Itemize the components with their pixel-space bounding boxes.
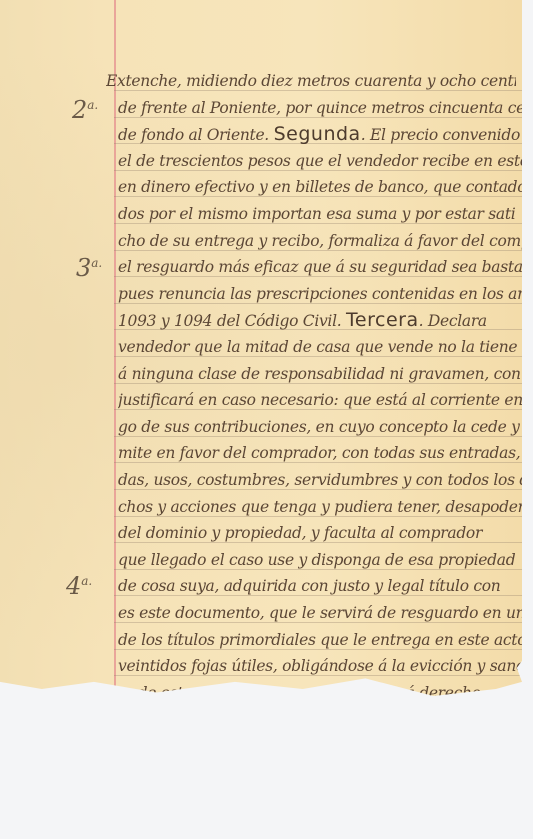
clause-number-label: 3 (76, 254, 91, 282)
text-line: veintidos fojas útiles, obligándose á la… (118, 653, 528, 679)
line-text: que llegado el caso use y disponga de es… (118, 551, 515, 569)
line-text: das, usos, costumbres, servidumbres y co… (118, 471, 528, 489)
line-text: es este documento, que le servirá de res… (118, 604, 525, 622)
text-line: es este documento, que le servirá de res… (118, 600, 528, 626)
text-line: el de trescientos pesos que el vendedor … (118, 148, 528, 174)
text-line: en dinero efectivo y en billetes de banc… (118, 174, 528, 200)
line-text: vendedor que la mitad de casa que vende … (118, 338, 528, 356)
line-text: cho de su entrega y recibo, formaliza á … (118, 232, 528, 250)
line-text: de fondo al Oriente. (118, 126, 269, 144)
text-line: de los títulos primordiales que le entre… (118, 627, 528, 653)
line-text: de cosa suya, adquirida con justo y lega… (118, 577, 500, 595)
clause-heading: Segunda (274, 123, 361, 145)
text-line: dos por el mismo importan esa suma y por… (118, 201, 528, 227)
line-text: pues renuncia las prescripciones conteni… (118, 285, 528, 303)
text-line: chos y acciones que tenga y pudiera tene… (118, 494, 528, 520)
text-line: mite en favor del comprador, con todas s… (118, 440, 528, 466)
margin-rule (114, 0, 116, 703)
text-line: go de sus contribuciones, en cuyo concep… (118, 414, 528, 440)
line-text: mite en favor del comprador, con todas s… (118, 444, 520, 462)
text-line: Extenche, midiendo diez metros cuarenta … (106, 68, 516, 94)
text-line: de fondo al Oriente. Segunda. El precio … (118, 121, 528, 147)
line-text: del dominio y propiedad, y faculta al co… (118, 524, 482, 542)
clause-number-suffix: a. (91, 256, 102, 270)
line-text-continued: . El precio convenido (361, 126, 520, 144)
line-text: el resguardo más eficaz que á su segurid… (118, 258, 523, 276)
text-line: cho de su entrega y recibo, formaliza á … (118, 228, 528, 254)
clause-number-3: 3a. (76, 254, 102, 282)
line-text: veintidos fojas útiles, obligándose á la… (118, 657, 525, 675)
text-line: del dominio y propiedad, y faculta al co… (118, 520, 528, 546)
line-text: Extenche, midiendo diez metros cuarenta … (106, 72, 516, 90)
line-text: á ninguna clase de responsabilidad ni gr… (118, 365, 521, 383)
line-text: en dinero efectivo y en billetes de banc… (118, 178, 528, 196)
clause-heading: Tercera (346, 309, 419, 331)
clause-number-2: 2a. (72, 96, 98, 124)
line-text: de los títulos primordiales que le entre… (118, 631, 526, 649)
text-line: el resguardo más eficaz que á su segurid… (118, 254, 528, 280)
line-text: justificará en caso necesario: que está … (118, 391, 528, 409)
line-text: el de trescientos pesos que el vendedor … (118, 152, 528, 170)
line-text: to de esta venta en forma y conforme á d… (118, 684, 485, 702)
ruled-line (114, 702, 522, 703)
text-line: justificará en caso necesario: que está … (118, 387, 528, 413)
line-text: go de sus contribuciones, en cuyo concep… (118, 418, 528, 436)
text-line: á ninguna clase de responsabilidad ni gr… (118, 361, 528, 387)
line-text: dos por el mismo importan esa suma y por… (118, 205, 515, 223)
clause-number-label: 2 (72, 96, 87, 124)
text-line: to de esta venta en forma y conforme á d… (118, 680, 528, 706)
text-line: de cosa suya, adquirida con justo y lega… (118, 573, 528, 599)
line-text-continued: . Declara (419, 312, 487, 330)
text-line: de frente al Poniente, por quince metros… (118, 95, 528, 121)
manuscript-page: 2a. 3a. 4a. Extenche, midiendo diez metr… (0, 0, 522, 703)
text-line: 1093 y 1094 del Código Civil. Tercera. D… (118, 307, 528, 333)
clause-number-suffix: a. (81, 574, 92, 588)
text-line: das, usos, costumbres, servidumbres y co… (118, 467, 528, 493)
clause-number-4: 4a. (66, 572, 92, 600)
clause-number-label: 4 (66, 572, 81, 600)
text-line: pues renuncia las prescripciones conteni… (118, 281, 528, 307)
text-line: vendedor que la mitad de casa que vende … (118, 334, 528, 360)
clause-number-suffix: a. (87, 98, 98, 112)
line-text: chos y acciones que tenga y pudiera tene… (118, 498, 528, 516)
line-text: 1093 y 1094 del Código Civil. (118, 312, 341, 330)
text-line: que llegado el caso use y disponga de es… (118, 547, 528, 573)
line-text: de frente al Poniente, por quince metros… (118, 99, 528, 117)
